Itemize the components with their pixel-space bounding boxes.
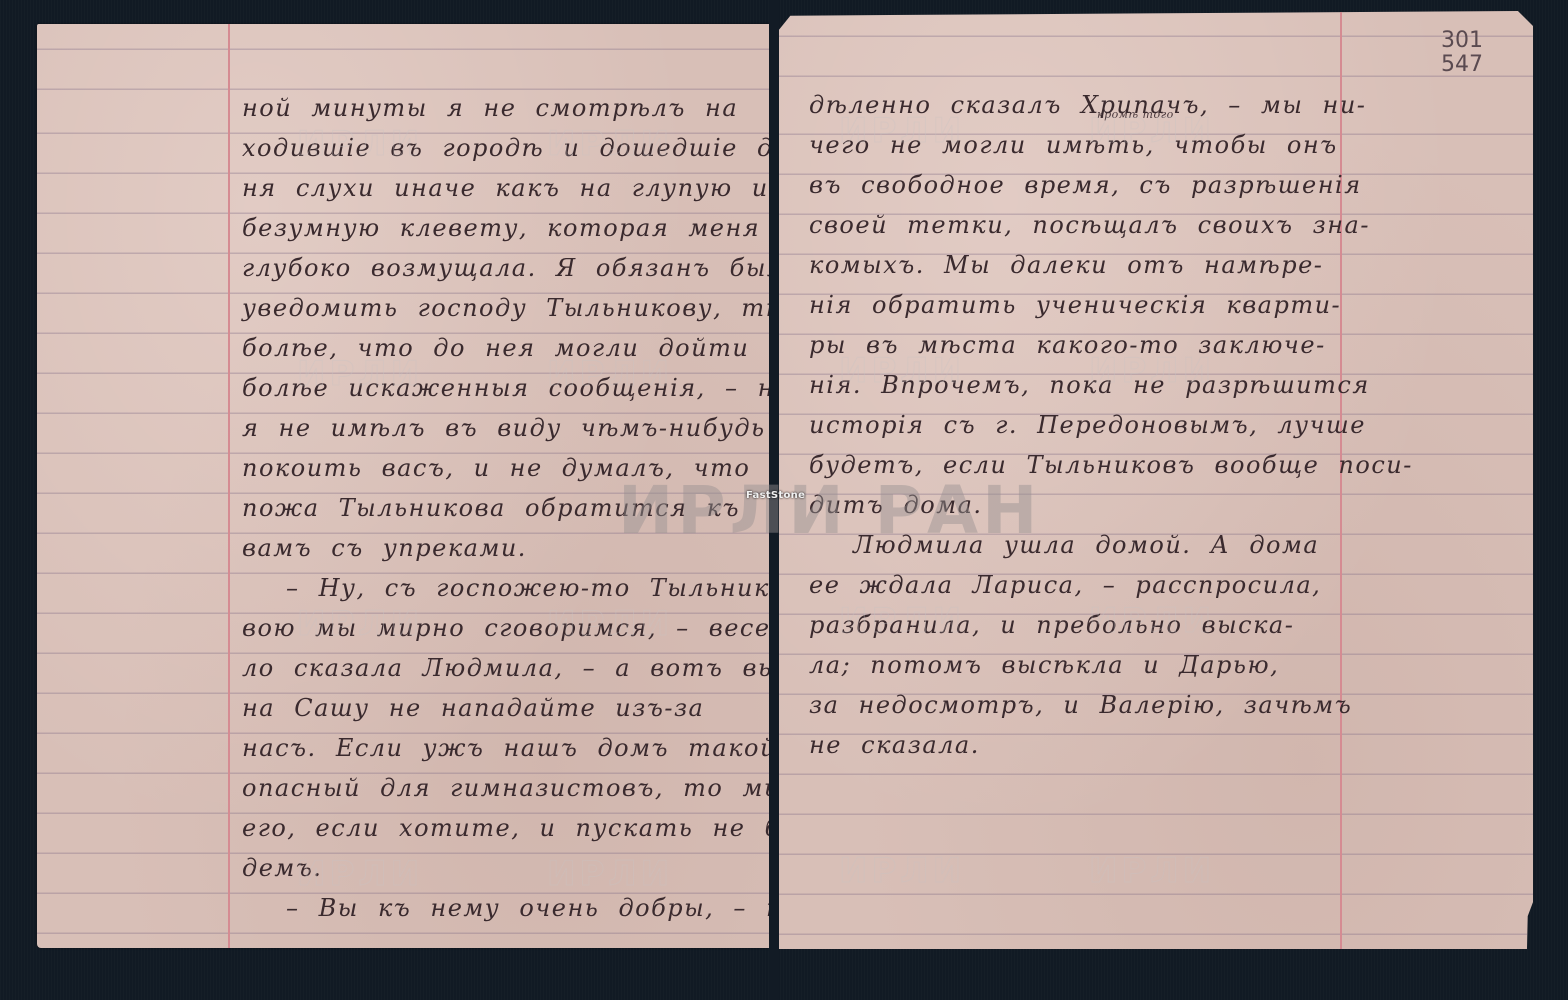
manuscript-line: дитъ дома. xyxy=(809,485,1339,525)
right-manuscript-page: 301 547 кромѣ того дѣленно сказалъ Хрипа… xyxy=(779,11,1533,949)
faststone-logo: FastStone xyxy=(746,490,805,501)
manuscript-line: своей тетки, посѣщалъ своихъ зна- xyxy=(809,205,1339,245)
manuscript-line: будетъ, если Тыльниковъ вообще поси- xyxy=(809,445,1339,485)
manuscript-line: нія обратить ученическія кварти- xyxy=(809,285,1339,325)
left-page-text: ной минуты я не смотрѣлъ на ходившіе въ … xyxy=(242,88,772,928)
manuscript-line: ходившіе въ городѣ и дошедшіе до ме- xyxy=(242,128,772,168)
manuscript-line: разбранила, и пребольно выска- xyxy=(809,605,1339,645)
manuscript-line: ее ждала Лариса, – расспросила, xyxy=(809,565,1339,605)
manuscript-line: ня слухи иначе какъ на глупую и xyxy=(242,168,772,208)
manuscript-line: – Ну, съ госпожею-то Тыльнико- xyxy=(242,568,772,608)
folio-number-top: 301 xyxy=(1441,29,1483,53)
manuscript-line: глубоко возмущала. Я обязанъ былъ xyxy=(242,248,772,288)
manuscript-line: – Вы къ нему очень добры, – неопре- xyxy=(242,888,772,928)
manuscript-line: болѣе, что до нея могли дойти слу- xyxy=(242,328,772,368)
manuscript-line: Людмила ушла домой. А дома xyxy=(809,525,1339,565)
watermark-irli: ИРЛИ xyxy=(1089,851,1215,891)
left-manuscript-page: ной минуты я не смотрѣлъ на ходившіе въ … xyxy=(37,24,769,948)
manuscript-line: я не имѣлъ въ виду чѣмъ-нибудь обез- xyxy=(242,408,772,448)
manuscript-line: комыхъ. Мы далеки отъ намѣре- xyxy=(809,245,1339,285)
manuscript-line: чего не могли имѣть, чтобы онъ xyxy=(809,125,1339,165)
manuscript-line: насъ. Если ужъ нашъ домъ такой xyxy=(242,728,772,768)
manuscript-line: демъ. xyxy=(242,848,772,888)
red-margin-line xyxy=(1340,11,1342,949)
manuscript-line: болѣе искаженныя сообщенія, – но xyxy=(242,368,772,408)
manuscript-line: пожа Тыльникова обратится къ xyxy=(242,488,772,528)
manuscript-line: на Сашу не нападайте изъ-за xyxy=(242,688,772,728)
manuscript-line: вою мы мирно сговоримся, – весе- xyxy=(242,608,772,648)
manuscript-line: безумную клевету, которая меня xyxy=(242,208,772,248)
manuscript-line: ло сказала Людмила, – а вотъ вы xyxy=(242,648,772,688)
manuscript-line: исторія съ г. Передоновымъ, лучше xyxy=(809,405,1339,445)
manuscript-line: уведомить господу Тыльникову, тѣмъ xyxy=(242,288,772,328)
red-margin-line xyxy=(228,24,230,948)
manuscript-line: ной минуты я не смотрѣлъ на xyxy=(242,88,772,128)
watermark-irli: ИРЛИ xyxy=(839,851,965,891)
manuscript-line: нія. Впрочемъ, пока не разрѣшится xyxy=(809,365,1339,405)
manuscript-line: въ свободное время, съ разрѣшенія xyxy=(809,165,1339,205)
manuscript-line: покоить васъ, и не думалъ, что гос- xyxy=(242,448,772,488)
manuscript-line: за недосмотръ, и Валерію, зачѣмъ xyxy=(809,685,1339,725)
folio-number-bottom: 547 xyxy=(1441,53,1483,77)
manuscript-line: ла; потомъ высѣкла и Дарью, xyxy=(809,645,1339,685)
archive-folio-number: 301 547 xyxy=(1441,29,1483,77)
right-page-text: дѣленно сказалъ Хрипачъ, – мы ни- чего н… xyxy=(809,85,1339,765)
manuscript-line: его, если хотите, и пускать не бу- xyxy=(242,808,772,848)
manuscript-line: не сказала. xyxy=(809,725,1339,765)
manuscript-line: ры въ мѣста какого-то заключе- xyxy=(809,325,1339,365)
manuscript-line: опасный для гимназистовъ, то мы xyxy=(242,768,772,808)
manuscript-line: вамъ съ упреками. xyxy=(242,528,772,568)
manuscript-line: дѣленно сказалъ Хрипачъ, – мы ни- xyxy=(809,85,1339,125)
